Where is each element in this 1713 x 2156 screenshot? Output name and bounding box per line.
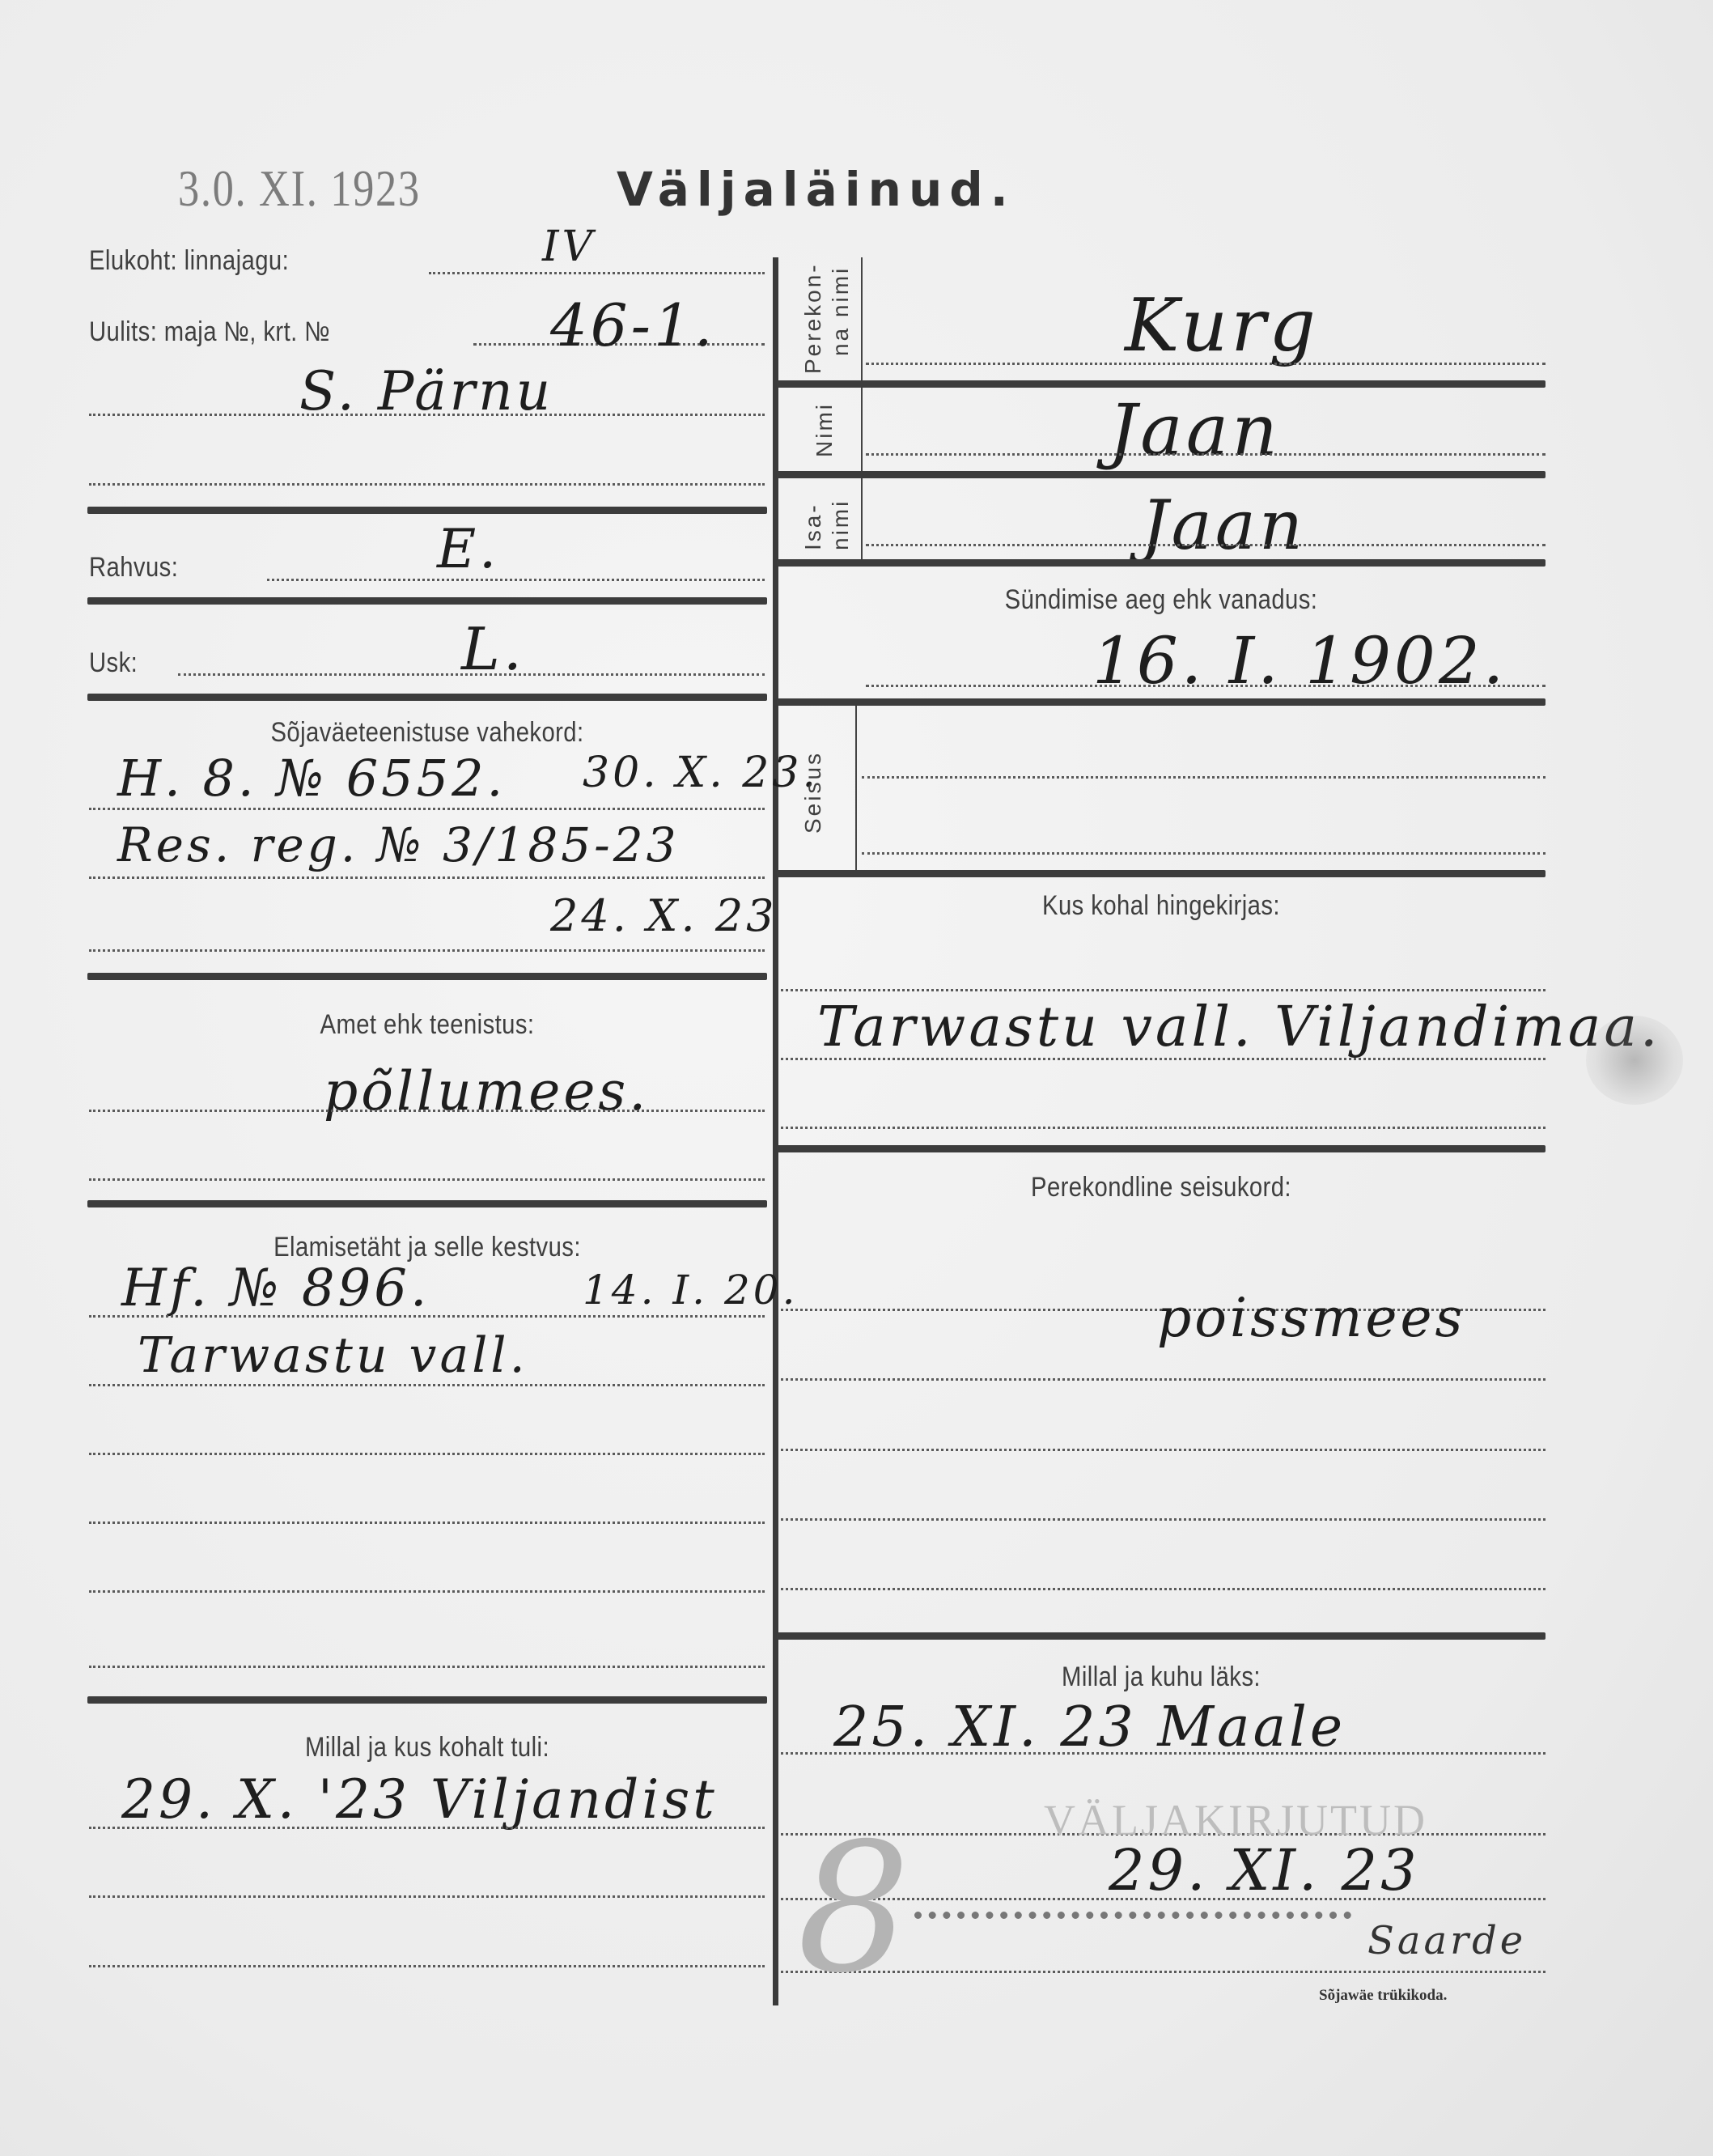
divider	[777, 380, 1546, 388]
arrived-value: 29. X. '23 Viljandist	[121, 1768, 718, 1831]
hingekiri-line-3	[781, 1127, 1546, 1129]
divider	[87, 597, 767, 605]
date-stamp: 3.0. XI. 1923	[178, 159, 421, 219]
firstname-label: Nimi	[812, 402, 837, 457]
signature: Saarde	[1367, 1918, 1526, 1963]
birth-label: Sündimise aeg ehk vanadus:	[831, 584, 1492, 616]
divider	[87, 507, 767, 514]
rahvus-label: Rahvus:	[89, 552, 178, 584]
military-label: Sõjaväeteenistuse vahekord:	[135, 717, 719, 749]
surname-label-l2: na nimi	[829, 266, 853, 356]
seisus-strip-divider	[855, 706, 857, 872]
military-dotline-2	[89, 876, 765, 879]
seisus-line-2	[862, 852, 1546, 855]
elamis-line-1: Hf. № 896.	[121, 1258, 430, 1318]
amet-dotline-1	[89, 1110, 765, 1112]
hingekiri-line-2	[781, 1058, 1546, 1060]
birth-value: 16. I. 1902.	[1092, 623, 1507, 698]
arrived-dotline-3	[89, 1965, 765, 1967]
uulits-label: Uulits: maja №, krt. №	[89, 316, 330, 348]
family-line-4	[781, 1518, 1546, 1521]
father-label-l2: nimi	[829, 499, 853, 550]
father-label-l1: Isa-	[801, 503, 825, 550]
family-line-2	[781, 1378, 1546, 1381]
departed-value: 25. XI. 23 Maale	[833, 1696, 1346, 1759]
divider	[777, 698, 1546, 706]
address-line-3	[89, 483, 765, 486]
ink-stain	[1586, 1016, 1683, 1105]
arrived-dotline-1	[89, 1827, 765, 1829]
rahvus-value: E.	[437, 518, 499, 580]
arrived-dotline-2	[89, 1895, 765, 1898]
rahvus-line	[267, 579, 765, 581]
military-line-1-date: 30. X. 23.	[583, 749, 819, 797]
father-value: Jaan	[1141, 486, 1306, 565]
military-line-1: H. 8. № 6552.	[117, 749, 506, 808]
elamis-dotline-1	[89, 1315, 765, 1318]
amet-dotline-2	[89, 1178, 765, 1181]
family-value: poissmees	[1157, 1287, 1465, 1349]
birth-line	[866, 685, 1546, 687]
elamis-dotline-3	[89, 1453, 765, 1455]
hingekiri-label: Kus kohal hingekirjas:	[831, 890, 1492, 922]
family-label: Perekondline seisukord:	[831, 1172, 1492, 1203]
elamis-dotline-4	[89, 1522, 765, 1524]
family-line-5	[781, 1588, 1546, 1590]
surname-line	[866, 363, 1546, 365]
father-line	[866, 544, 1546, 546]
seisus-line-1	[862, 776, 1546, 779]
pencil-mark: 8	[797, 1805, 910, 2012]
form-title: Väljaläinud.	[617, 162, 1016, 217]
elamis-dotline-6	[89, 1666, 765, 1668]
divider	[87, 973, 767, 980]
printer-imprint: Sõjawäe trükikoda.	[1319, 1987, 1447, 2005]
military-dotline-1	[89, 808, 765, 810]
divider	[777, 870, 1546, 877]
hingekiri-line-1	[781, 989, 1546, 991]
stamp-dotted-line	[914, 1912, 1351, 1919]
stamp-date: 29. XI. 23	[1109, 1837, 1420, 1903]
label-strip-divider	[861, 257, 863, 563]
usk-label: Usk:	[89, 647, 138, 679]
military-line-3: 24. X. 23	[550, 890, 778, 941]
divider	[777, 471, 1546, 478]
hingekiri-value: Tarwastu vall. Viljandimaa.	[817, 995, 1660, 1059]
arrived-label: Millal ja kus kohalt tuli:	[135, 1732, 719, 1763]
divider	[777, 1632, 1546, 1640]
amet-value: põllumees.	[324, 1060, 649, 1123]
divider	[87, 1200, 767, 1207]
family-line-3	[781, 1449, 1546, 1451]
document-page: 3.0. XI. 1923 Väljaläinud. Elukoht: linn…	[0, 0, 1713, 2156]
amet-label: Amet ehk teenistus:	[135, 1009, 719, 1041]
address-line-2	[89, 414, 765, 416]
departed-line-1	[781, 1752, 1546, 1755]
military-line-2: Res. reg. № 3/185-23	[117, 817, 680, 872]
elukoht-label: Elukoht: linnajagu:	[89, 245, 289, 277]
elamis-line-2: Tarwastu vall.	[138, 1327, 528, 1384]
elamis-dotline-5	[89, 1590, 765, 1593]
military-dotline-3	[89, 949, 765, 952]
firstname-value: Jaan	[1109, 388, 1281, 472]
column-divider	[773, 257, 778, 2005]
divider	[777, 1145, 1546, 1152]
usk-value: L.	[461, 615, 525, 683]
seisus-label: Seisus	[801, 751, 825, 834]
elamis-line-1-date: 14. I. 20.	[583, 1267, 798, 1314]
elamis-dotline-2	[89, 1384, 765, 1386]
firstname-line	[866, 453, 1546, 456]
surname-label-l1: Perekon-	[801, 262, 825, 374]
elukoht-value: IV	[542, 223, 596, 271]
surname-value: Kurg	[1125, 283, 1319, 368]
divider	[87, 1696, 767, 1704]
uulits-value: 46-1.	[550, 291, 716, 359]
divider	[777, 559, 1546, 567]
departed-label: Millal ja kuhu läks:	[831, 1662, 1492, 1693]
divider	[87, 694, 767, 701]
elukoht-line	[429, 272, 765, 274]
